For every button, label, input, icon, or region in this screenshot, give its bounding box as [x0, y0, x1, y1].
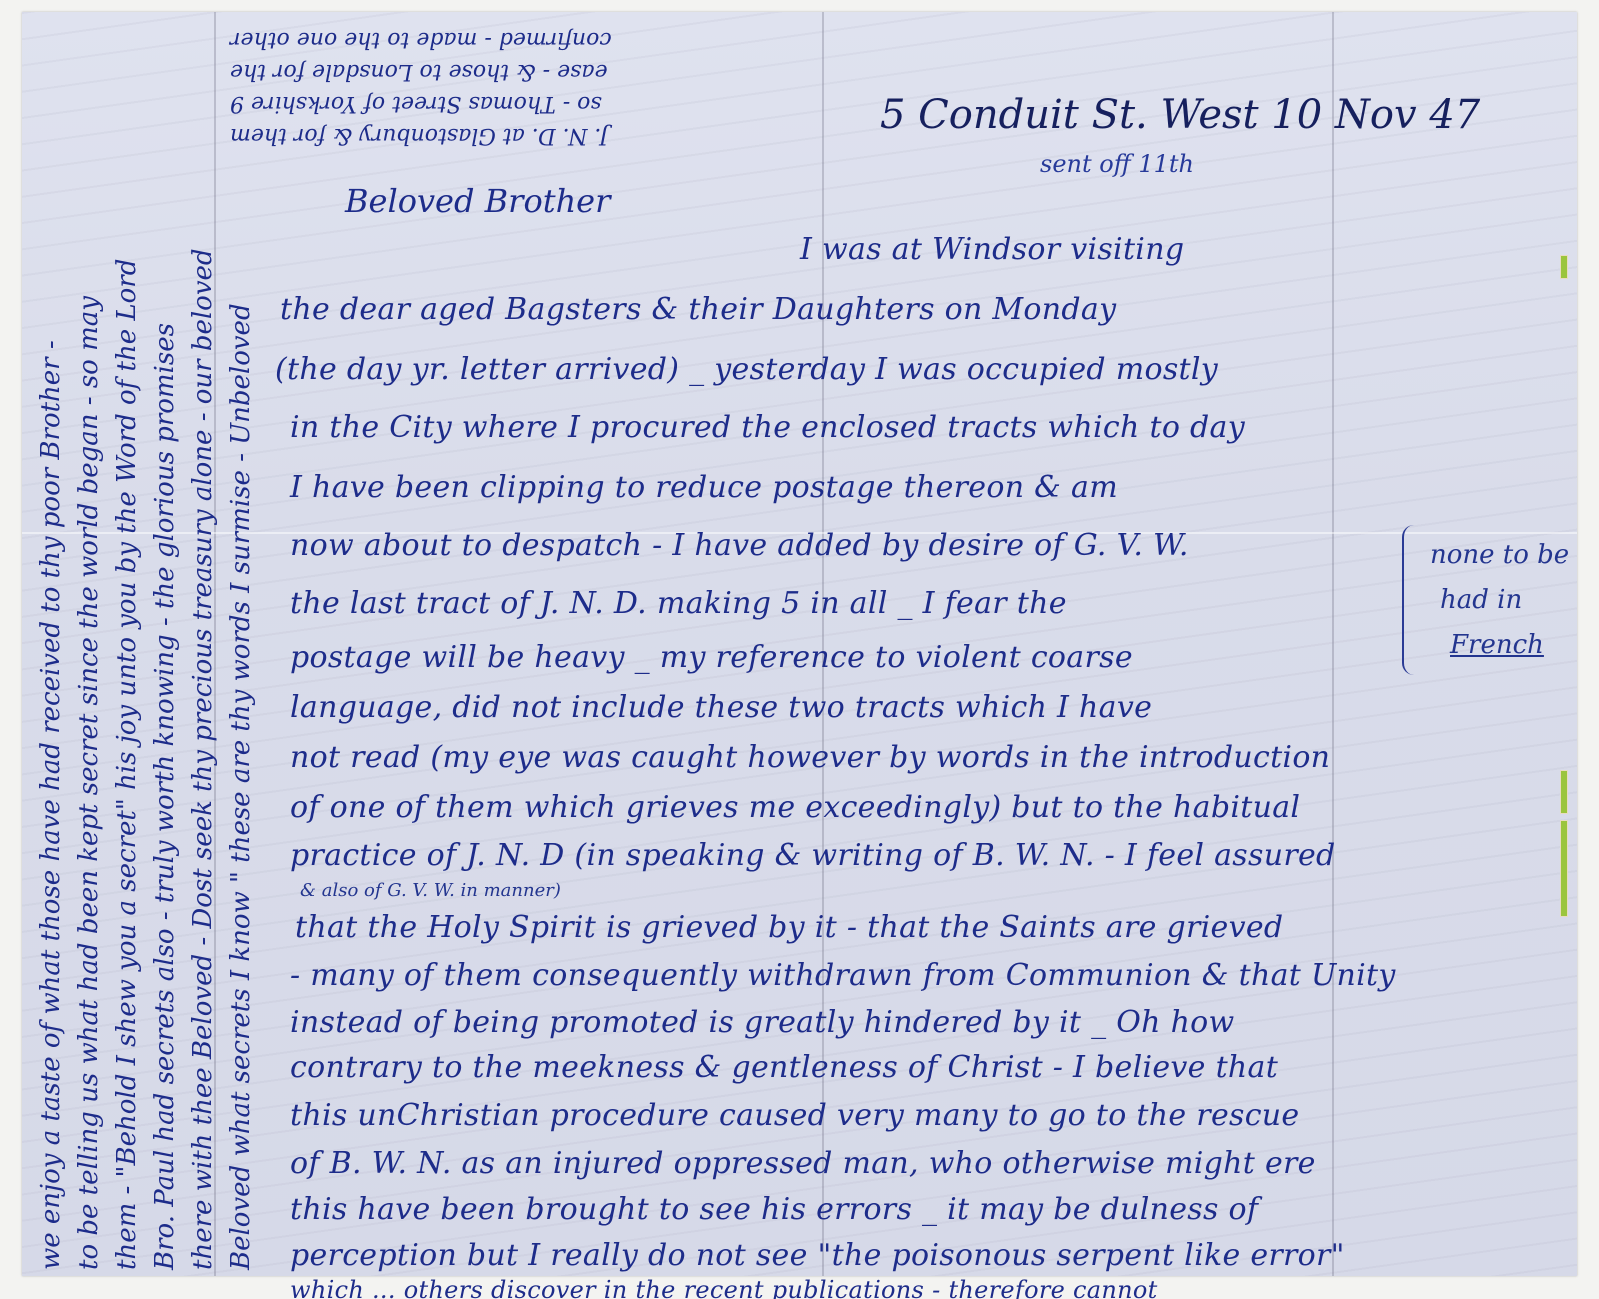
margin-line: to be telling us what had been kept secr…: [74, 296, 104, 1270]
margin-line: Beloved what secrets I know " these are …: [226, 303, 256, 1270]
side-note-line: had in: [1440, 585, 1522, 615]
body-line: perception but I really do not see "the …: [290, 1238, 1345, 1273]
margin-line: them - "Behold I shew you a secret" his …: [112, 259, 142, 1270]
body-line: now about to despatch - I have added by …: [290, 528, 1189, 563]
green-tab: [1560, 255, 1568, 279]
side-note-line: French: [1450, 630, 1544, 660]
body-line: I have been clipping to reduce postage t…: [290, 470, 1118, 505]
side-note-brace: [1402, 525, 1424, 675]
body-line: language, did not include these two trac…: [290, 690, 1152, 725]
body-line: - many of them consequently withdrawn fr…: [290, 958, 1396, 993]
body-line: practice of J. N. D (in speaking & writi…: [290, 838, 1336, 873]
body-line: which ... others discover in the recent …: [290, 1276, 1158, 1299]
green-tab: [1560, 770, 1568, 814]
margin-line: there with thee Beloved - Dost seek thy …: [188, 248, 218, 1270]
salutation: Beloved Brother: [345, 182, 610, 220]
side-note-line: none to be: [1430, 540, 1569, 570]
body-line: (the day yr. letter arrived) _ yesterday…: [275, 352, 1218, 387]
upside-down-note: confirmed - made to the one other ease -…: [230, 12, 730, 152]
green-tab: [1560, 820, 1568, 917]
upside-line: ease - & those to Lonsdale for the: [230, 59, 608, 84]
body-line: the dear aged Bagsters & their Daughters…: [280, 292, 1116, 327]
body-line: this unChristian procedure caused very m…: [290, 1098, 1299, 1133]
body-insert: & also of G. V. W. in manner): [300, 880, 561, 901]
upside-line: J. N. D. at Glastonbury & for them: [230, 123, 609, 148]
body-line: the last tract of J. N. D. making 5 in a…: [290, 586, 1067, 621]
body-line: not read (my eye was caught however by w…: [290, 740, 1330, 775]
body-line: in the City where I procured the enclose…: [290, 410, 1245, 445]
upside-line: confirmed - made to the one other: [230, 27, 612, 52]
body-line: contrary to the meekness & gentleness of…: [290, 1050, 1278, 1085]
margin-line: we enjoy a taste of what those have had …: [36, 340, 66, 1270]
upside-line: so - Thomas Street of Yorkshire 9: [230, 91, 602, 116]
margin-line: Bro. Paul had secrets also - truly worth…: [150, 323, 180, 1270]
body-line: postage will be heavy _ my reference to …: [290, 640, 1133, 675]
body-line: instead of being promoted is greatly hin…: [290, 1005, 1235, 1040]
margin-note-vertical: Beloved what secrets I know " these are …: [28, 190, 268, 1270]
address-date: 5 Conduit St. West 10 Nov 47: [880, 92, 1480, 138]
body-line: of one of them which grieves me exceedin…: [290, 790, 1300, 825]
body-line: of B. W. N. as an injured oppressed man,…: [290, 1146, 1316, 1181]
sent-note: sent off 11th: [1040, 150, 1194, 178]
fold-line: [1332, 12, 1334, 1276]
body-line: this have been brought to see his errors…: [290, 1192, 1258, 1227]
body-line: I was at Windsor visiting: [800, 232, 1184, 267]
body-line: that the Holy Spirit is grieved by it - …: [295, 910, 1283, 945]
